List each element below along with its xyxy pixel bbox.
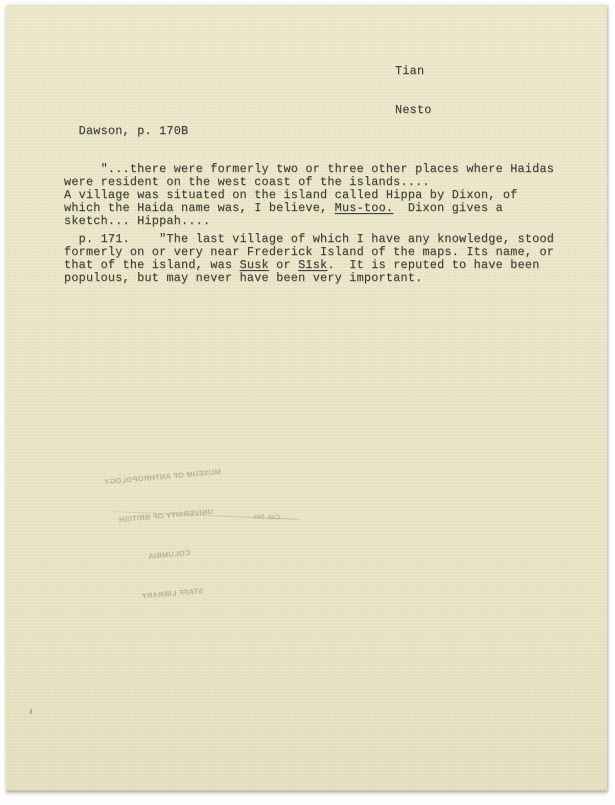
reference-line: Dawson, p. 170B bbox=[64, 125, 188, 138]
quote-paragraph-2: p. 171. "The last village of which I hav… bbox=[64, 233, 554, 285]
catalog-number-label: Cat. No. bbox=[252, 512, 281, 522]
library-stamp-mirrored: MUSEUM OF ANTHROPOLOGY UNIVERSITY OF BRI… bbox=[72, 437, 262, 634]
corner-note: Tian Nesto bbox=[395, 39, 432, 143]
corner-note-line-1: Tian bbox=[395, 65, 432, 78]
corner-note-line-2: Nesto bbox=[395, 104, 432, 117]
stamp-line-1: MUSEUM OF ANTHROPOLOGY bbox=[75, 463, 250, 491]
stamp-line-4: STAFF LIBRARY bbox=[85, 579, 260, 607]
paper-sheet bbox=[6, 5, 607, 791]
quote-paragraph-1: "...there were formerly two or three oth… bbox=[64, 163, 554, 228]
scan-background: Tian Nesto Dawson, p. 170B "...there wer… bbox=[0, 0, 615, 805]
stamp-line-3: COLUMBIA bbox=[81, 540, 256, 568]
